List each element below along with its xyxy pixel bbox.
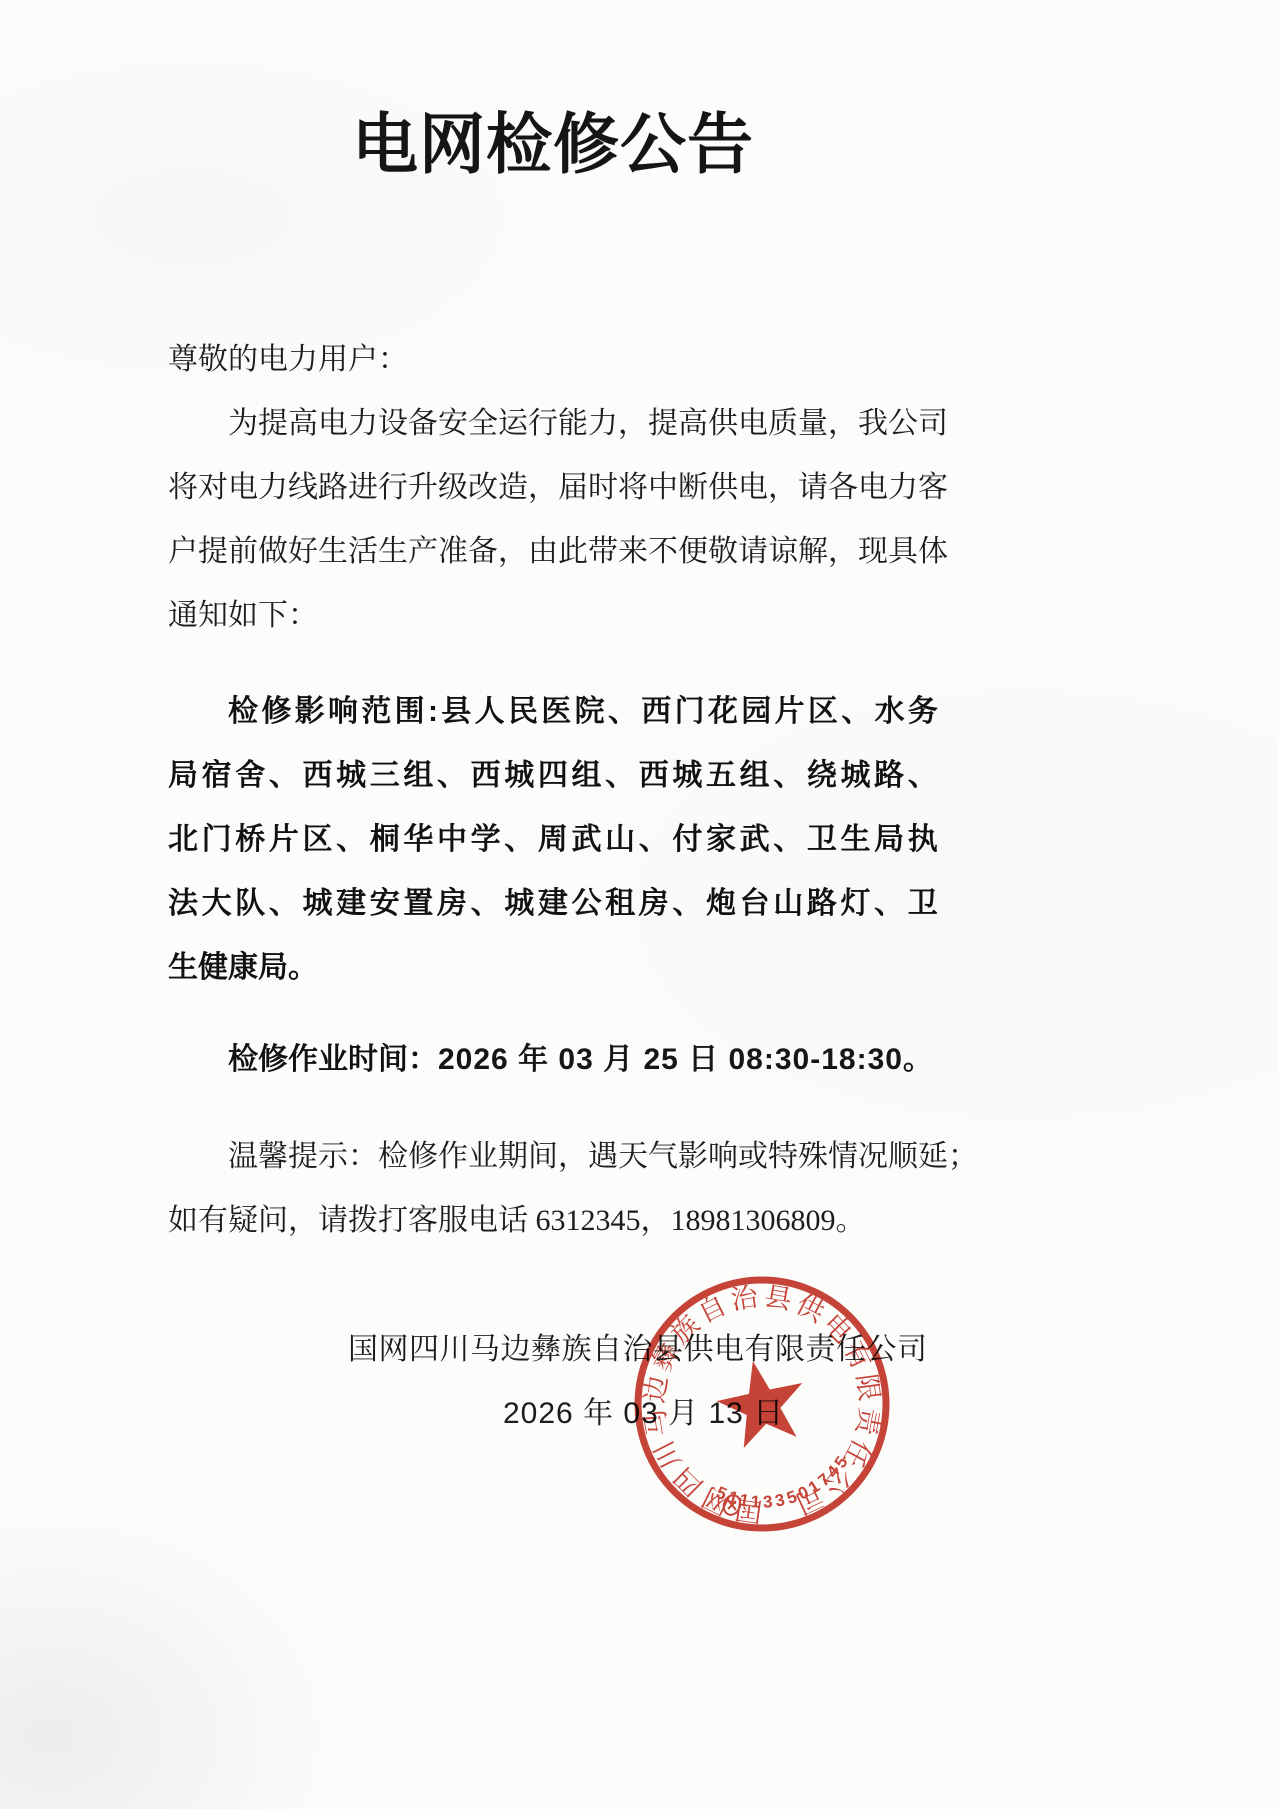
official-seal: 国网四川马边彝族自治县供电有限责任公司 5111335017453 xyxy=(630,1272,894,1536)
tips-line: 如有疑问，请拨打客服电话 6312345，18981306809。 xyxy=(168,1189,938,1253)
salutation-line: 尊敬的电力用户： xyxy=(168,328,938,392)
scope-line: 局宿舍、西城三组、西城四组、西城五组、绕城路、 xyxy=(168,744,938,808)
intro-paragraph: 为提高电力设备安全运行能力，提高供电质量，我公司 将对电力线路进行升级改造，届时… xyxy=(168,392,938,648)
seal-star-icon xyxy=(710,1352,813,1452)
schedule-value: 2026 年 03 月 25 日 08:30-18:30。 xyxy=(438,1043,934,1076)
schedule-paragraph: 检修作业时间：2026 年 03 月 25 日 08:30-18:30。 xyxy=(168,1028,938,1092)
tips-line: 温馨提示：检修作业期间，遇天气影响或特殊情况顺延； xyxy=(168,1125,938,1189)
intro-line: 将对电力线路进行升级改造，届时将中断供电，请各电力客 xyxy=(168,456,938,520)
intro-line: 为提高电力设备安全运行能力，提高供电质量，我公司 xyxy=(168,392,938,456)
schedule-line: 检修作业时间：2026 年 03 月 25 日 08:30-18:30。 xyxy=(168,1028,938,1092)
notice-page: 电网检修公告 尊敬的电力用户： 为提高电力设备安全运行能力，提高供电质量，我公司… xyxy=(0,0,1279,1809)
intro-line: 户提前做好生活生产准备，由此带来不便敬请谅解，现具体 xyxy=(168,520,938,584)
scope-paragraph: 检修影响范围:县人民医院、西门花园片区、水务 局宿舍、西城三组、西城四组、西城五… xyxy=(168,680,938,1000)
schedule-label: 检修作业时间： xyxy=(228,1043,438,1076)
scope-line: 检修影响范围:县人民医院、西门花园片区、水务 xyxy=(168,680,938,744)
scope-line: 北门桥片区、桐华中学、周武山、付家武、卫生局执 xyxy=(168,808,938,872)
scope-line: 法大队、城建安置房、城建公租房、炮台山路灯、卫 xyxy=(168,872,938,936)
scope-line: 生健康局。 xyxy=(168,936,938,1000)
tips-paragraph: 温馨提示：检修作业期间，遇天气影响或特殊情况顺延； 如有疑问，请拨打客服电话 6… xyxy=(168,1125,938,1253)
intro-line: 通知如下： xyxy=(168,584,938,648)
notice-title: 电网检修公告 xyxy=(168,100,938,188)
